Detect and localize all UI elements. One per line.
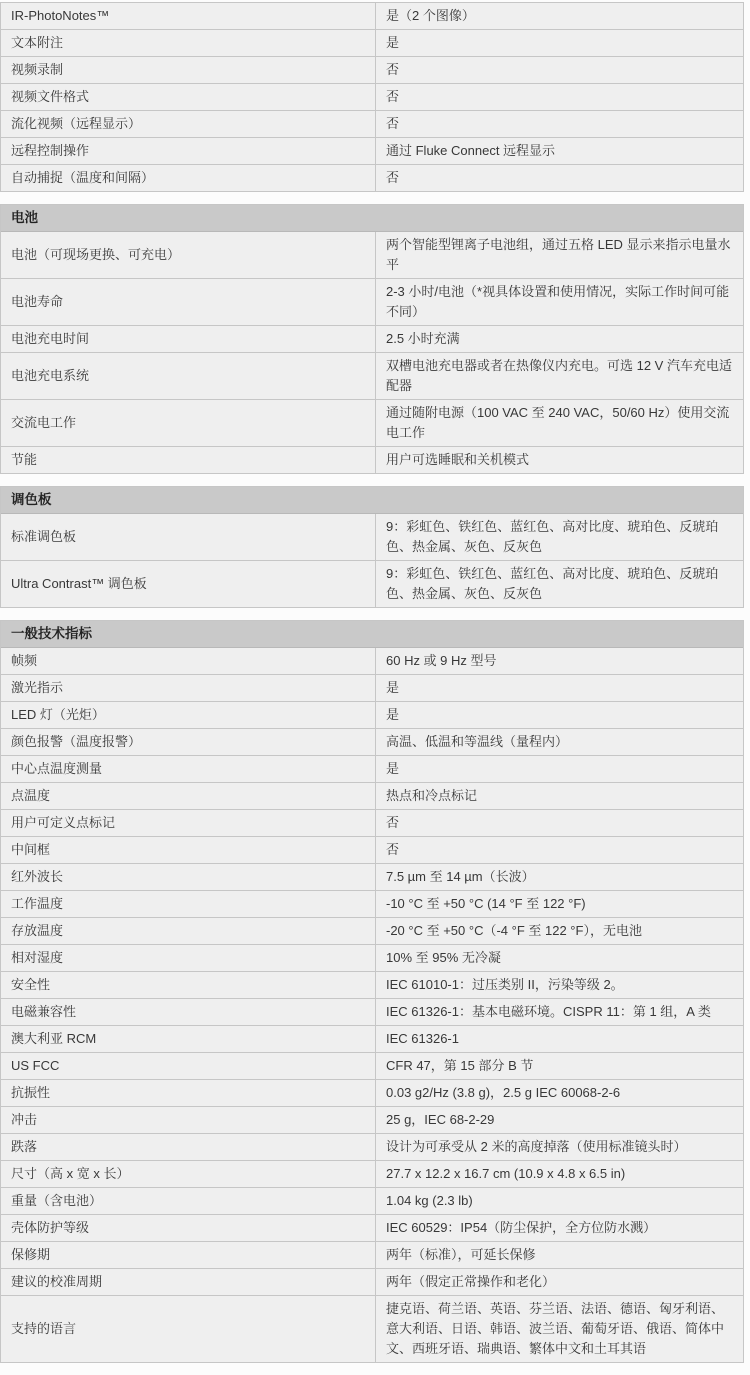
table-row: 跌落设计为可承受从 2 米的高度掉落（使用标准镜头时）	[1, 1134, 743, 1161]
spec-label: Ultra Contrast™ 调色板	[1, 561, 376, 607]
spec-value: 是（2 个图像）	[376, 3, 743, 29]
table-row: 中心点温度测量是	[1, 756, 743, 783]
table-row: 电池充电系统双槽电池充电器或者在热像仪内充电。可选 12 V 汽车充电适配器	[1, 353, 743, 400]
spec-label: 自动捕捉（温度和间隔）	[1, 165, 376, 191]
table-row: 工作温度-10 °C 至 +50 °C (14 °F 至 122 °F)	[1, 891, 743, 918]
spec-value: 是	[376, 675, 743, 701]
spec-value: 9：彩虹色、铁红色、蓝红色、高对比度、琥珀色、反琥珀色、热金属、灰色、反灰色	[376, 514, 743, 560]
spec-value: 否	[376, 837, 743, 863]
table-row: 帧频60 Hz 或 9 Hz 型号	[1, 648, 743, 675]
spec-value: 否	[376, 810, 743, 836]
spec-label: 文本附注	[1, 30, 376, 56]
spec-label: 点温度	[1, 783, 376, 809]
spec-value: IEC 60529：IP54（防尘保护，全方位防水溅）	[376, 1215, 743, 1241]
spec-value: 高温、低温和等温线（量程内）	[376, 729, 743, 755]
spec-label: 重量（含电池）	[1, 1188, 376, 1214]
table-row: 红外波长7.5 µm 至 14 µm（长波）	[1, 864, 743, 891]
spec-value: 9：彩虹色、铁红色、蓝红色、高对比度、琥珀色、反琥珀色、热金属、灰色、反灰色	[376, 561, 743, 607]
table-row: 壳体防护等级IEC 60529：IP54（防尘保护，全方位防水溅）	[1, 1215, 743, 1242]
spec-value: 是	[376, 702, 743, 728]
spec-label: 电池寿命	[1, 279, 376, 325]
table-row: IR-PhotoNotes™是（2 个图像）	[1, 3, 743, 30]
table-row: Ultra Contrast™ 调色板9：彩虹色、铁红色、蓝红色、高对比度、琥珀…	[1, 561, 743, 607]
spec-value: 两年（标准），可延长保修	[376, 1242, 743, 1268]
table-row: LED 灯（光炬）是	[1, 702, 743, 729]
table-row: 电磁兼容性IEC 61326-1：基本电磁环境。CISPR 11：第 1 组，A…	[1, 999, 743, 1026]
spec-label: 建议的校准周期	[1, 1269, 376, 1295]
spec-label: 冲击	[1, 1107, 376, 1133]
spec-label: 澳大利亚 RCM	[1, 1026, 376, 1052]
spec-value: 两年（假定正常操作和老化）	[376, 1269, 743, 1295]
table-row: 澳大利亚 RCMIEC 61326-1	[1, 1026, 743, 1053]
spec-label: 尺寸（高 x 宽 x 长）	[1, 1161, 376, 1187]
spec-value: 60 Hz 或 9 Hz 型号	[376, 648, 743, 674]
table-row: 自动捕捉（温度和间隔）否	[1, 165, 743, 191]
spec-value: 通过随附电源（100 VAC 至 240 VAC，50/60 Hz）使用交流电工…	[376, 400, 743, 446]
spec-label: 电池（可现场更换、可充电）	[1, 232, 376, 278]
table-row: 远程控制操作通过 Fluke Connect 远程显示	[1, 138, 743, 165]
table-row: 保修期两年（标准），可延长保修	[1, 1242, 743, 1269]
spec-label: 节能	[1, 447, 376, 473]
table-row: 点温度热点和冷点标记	[1, 783, 743, 810]
spec-value: 是	[376, 30, 743, 56]
spec-label: 视频文件格式	[1, 84, 376, 110]
spec-label: 电池充电系统	[1, 353, 376, 399]
table-row: 电池寿命2-3 小时/电池（*视具体设置和使用情况，实际工作时间可能不同）	[1, 279, 743, 326]
spec-label: 相对湿度	[1, 945, 376, 971]
spec-value: 通过 Fluke Connect 远程显示	[376, 138, 743, 164]
spec-label: 标准调色板	[1, 514, 376, 560]
spec-value: 是	[376, 756, 743, 782]
table-row: 冲击25 g，IEC 68-2-29	[1, 1107, 743, 1134]
table-row: 安全性IEC 61010-1：过压类别 II，污染等级 2。	[1, 972, 743, 999]
spec-label: 存放温度	[1, 918, 376, 944]
spec-value: 否	[376, 57, 743, 83]
spec-value: 10% 至 95% 无冷凝	[376, 945, 743, 971]
spec-label: 帧频	[1, 648, 376, 674]
spec-value: 否	[376, 111, 743, 137]
table-row: 电池充电时间2.5 小时充满	[1, 326, 743, 353]
spec-value: IEC 61010-1：过压类别 II，污染等级 2。	[376, 972, 743, 998]
spec-value: 2-3 小时/电池（*视具体设置和使用情况，实际工作时间可能不同）	[376, 279, 743, 325]
spec-value: 热点和冷点标记	[376, 783, 743, 809]
spec-value: CFR 47，第 15 部分 B 节	[376, 1053, 743, 1079]
spec-page: IR-PhotoNotes™是（2 个图像）文本附注是视频录制否视频文件格式否流…	[0, 0, 750, 1363]
table-row: 相对湿度10% 至 95% 无冷凝	[1, 945, 743, 972]
spec-label: 跌落	[1, 1134, 376, 1160]
table-row: 交流电工作通过随附电源（100 VAC 至 240 VAC，50/60 Hz）使…	[1, 400, 743, 447]
spec-value: 7.5 µm 至 14 µm（长波）	[376, 864, 743, 890]
spec-label: 视频录制	[1, 57, 376, 83]
spec-label: 颜色报警（温度报警）	[1, 729, 376, 755]
table-row: 建议的校准周期两年（假定正常操作和老化）	[1, 1269, 743, 1296]
table-row: 节能用户可选睡眠和关机模式	[1, 447, 743, 473]
spec-label: 电池充电时间	[1, 326, 376, 352]
table-row: 标准调色板9：彩虹色、铁红色、蓝红色、高对比度、琥珀色、反琥珀色、热金属、灰色、…	[1, 514, 743, 561]
table-row: US FCCCFR 47，第 15 部分 B 节	[1, 1053, 743, 1080]
spec-value: 用户可选睡眠和关机模式	[376, 447, 743, 473]
table-row: 重量（含电池）1.04 kg (2.3 lb)	[1, 1188, 743, 1215]
table-row: 视频录制否	[1, 57, 743, 84]
spec-section: 一般技术指标帧频60 Hz 或 9 Hz 型号激光指示是LED 灯（光炬）是颜色…	[0, 620, 744, 1363]
spec-value: 0.03 g2/Hz (3.8 g)，2.5 g IEC 60068-2-6	[376, 1080, 743, 1106]
spec-label: 安全性	[1, 972, 376, 998]
spec-value: 双槽电池充电器或者在热像仪内充电。可选 12 V 汽车充电适配器	[376, 353, 743, 399]
spec-value: 捷克语、荷兰语、英语、芬兰语、法语、德语、匈牙利语、意大利语、日语、韩语、波兰语…	[376, 1296, 743, 1362]
spec-label: 电磁兼容性	[1, 999, 376, 1025]
spec-label: 激光指示	[1, 675, 376, 701]
spec-label: 红外波长	[1, 864, 376, 890]
spec-value: 27.7 x 12.2 x 16.7 cm (10.9 x 4.8 x 6.5 …	[376, 1161, 743, 1187]
spec-value: -20 °C 至 +50 °C（-4 °F 至 122 °F），无电池	[376, 918, 743, 944]
table-row: 流化视频（远程显示）否	[1, 111, 743, 138]
spec-label: 远程控制操作	[1, 138, 376, 164]
spec-label: US FCC	[1, 1053, 376, 1079]
spec-value: -10 °C 至 +50 °C (14 °F 至 122 °F)	[376, 891, 743, 917]
spec-label: 交流电工作	[1, 400, 376, 446]
table-row: 支持的语言捷克语、荷兰语、英语、芬兰语、法语、德语、匈牙利语、意大利语、日语、韩…	[1, 1296, 743, 1362]
spec-label: 壳体防护等级	[1, 1215, 376, 1241]
table-row: 激光指示是	[1, 675, 743, 702]
spec-value: IEC 61326-1	[376, 1026, 743, 1052]
spec-label: 工作温度	[1, 891, 376, 917]
table-row: 存放温度-20 °C 至 +50 °C（-4 °F 至 122 °F），无电池	[1, 918, 743, 945]
section-header: 调色板	[1, 487, 743, 514]
spec-label: 流化视频（远程显示）	[1, 111, 376, 137]
spec-label: 支持的语言	[1, 1296, 376, 1362]
spec-section: 调色板标准调色板9：彩虹色、铁红色、蓝红色、高对比度、琥珀色、反琥珀色、热金属、…	[0, 486, 744, 608]
spec-value: 2.5 小时充满	[376, 326, 743, 352]
spec-label: IR-PhotoNotes™	[1, 3, 376, 29]
spec-label: 抗振性	[1, 1080, 376, 1106]
spec-value: IEC 61326-1：基本电磁环境。CISPR 11：第 1 组，A 类	[376, 999, 743, 1025]
spec-label: 中心点温度测量	[1, 756, 376, 782]
spec-section: 电池电池（可现场更换、可充电）两个智能型锂离子电池组，通过五格 LED 显示来指…	[0, 204, 744, 474]
section-header: 一般技术指标	[1, 621, 743, 648]
table-row: 抗振性0.03 g2/Hz (3.8 g)，2.5 g IEC 60068-2-…	[1, 1080, 743, 1107]
spec-label: LED 灯（光炬）	[1, 702, 376, 728]
table-row: 视频文件格式否	[1, 84, 743, 111]
spec-section: IR-PhotoNotes™是（2 个图像）文本附注是视频录制否视频文件格式否流…	[0, 2, 744, 192]
spec-value: 1.04 kg (2.3 lb)	[376, 1188, 743, 1214]
spec-value: 否	[376, 84, 743, 110]
section-header: 电池	[1, 205, 743, 232]
table-row: 颜色报警（温度报警）高温、低温和等温线（量程内）	[1, 729, 743, 756]
table-row: 电池（可现场更换、可充电）两个智能型锂离子电池组，通过五格 LED 显示来指示电…	[1, 232, 743, 279]
spec-label: 用户可定义点标记	[1, 810, 376, 836]
spec-label: 保修期	[1, 1242, 376, 1268]
spec-value: 否	[376, 165, 743, 191]
spec-table: IR-PhotoNotes™是（2 个图像）文本附注是视频录制否视频文件格式否流…	[0, 2, 744, 1363]
table-row: 文本附注是	[1, 30, 743, 57]
table-row: 中间框否	[1, 837, 743, 864]
spec-value: 25 g，IEC 68-2-29	[376, 1107, 743, 1133]
table-row: 尺寸（高 x 宽 x 长）27.7 x 12.2 x 16.7 cm (10.9…	[1, 1161, 743, 1188]
spec-value: 两个智能型锂离子电池组，通过五格 LED 显示来指示电量水平	[376, 232, 743, 278]
spec-value: 设计为可承受从 2 米的高度掉落（使用标准镜头时）	[376, 1134, 743, 1160]
spec-label: 中间框	[1, 837, 376, 863]
table-row: 用户可定义点标记否	[1, 810, 743, 837]
